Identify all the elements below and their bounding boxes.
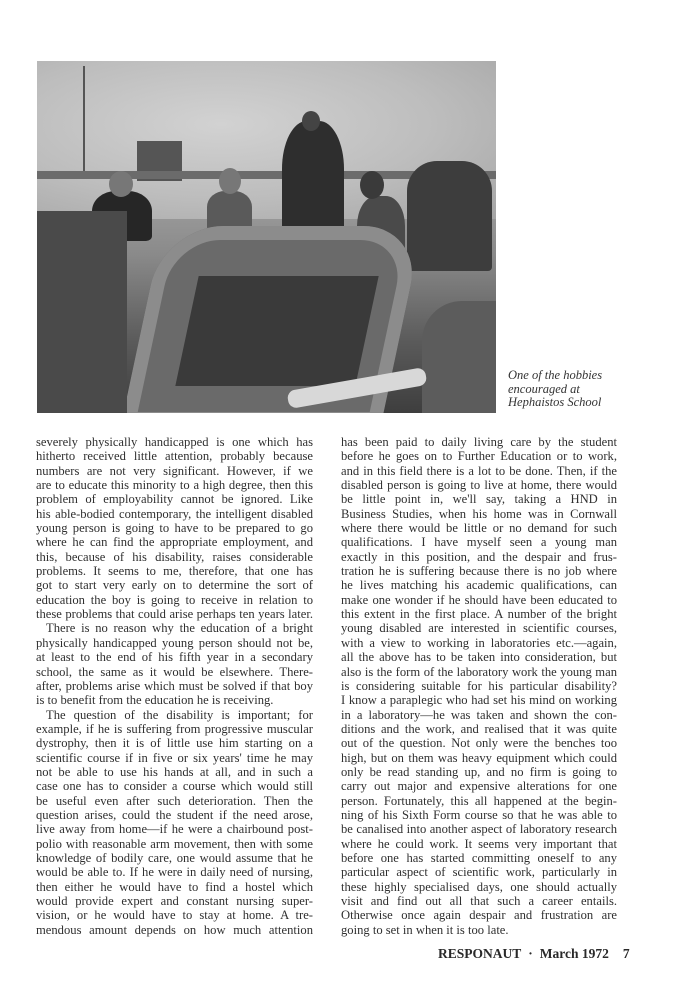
- text-line: where he can find the appropriate employ…: [36, 535, 313, 549]
- text-line: school, the same as it would be elsewher…: [36, 665, 313, 679]
- text-line: in a laboratory—he was taken and shown t…: [341, 708, 617, 722]
- text-line: polio with reasonable arm movement, then…: [36, 837, 313, 851]
- text-line: where there would be little or no demand…: [341, 521, 617, 535]
- text-line: his able-bodied contemporary, the intell…: [36, 507, 313, 521]
- photo-person-wheelchair-left: [37, 211, 127, 413]
- text-line: not be able to use his hands at all, and…: [36, 765, 313, 779]
- text-line: qualifications. I have myself seen a you…: [341, 535, 617, 549]
- text-line: at least to the end of his fifth year in…: [36, 650, 313, 664]
- photo-person-head: [219, 168, 241, 194]
- text-line: vision, or he would have to stay at home…: [36, 908, 313, 922]
- issue-date: March 1972: [540, 946, 609, 961]
- text-line: he lives matching his academic qualifica…: [341, 578, 617, 592]
- caption-line: One of the hobbies: [508, 369, 658, 383]
- text-line: numbers are not very significant. Howeve…: [36, 464, 313, 478]
- text-line: then either he would have to find a host…: [36, 880, 313, 894]
- text-line: got to start very early on to determine …: [36, 578, 313, 592]
- text-line: all the above has to be taken into consi…: [341, 650, 617, 664]
- text-line: make one wonder if he should have been e…: [341, 593, 617, 607]
- text-line: particular aspect of scientific work, pa…: [341, 865, 617, 879]
- text-line: this extent in the first place. A number…: [341, 607, 617, 621]
- text-line: young disabled are interested in scienti…: [341, 621, 617, 635]
- page-number: 7: [623, 946, 630, 961]
- text-line: problems. It seems to me, therefore, tha…: [36, 564, 313, 578]
- text-line: tration he is suffering because there is…: [341, 564, 617, 578]
- text-line: and in this field there is a lot to be d…: [341, 464, 617, 478]
- text-line: before he goes on to Further Education o…: [341, 449, 617, 463]
- text-line: carry out major and expensive alteration…: [341, 779, 617, 793]
- text-line: these highly specialised days, one shoul…: [341, 880, 617, 894]
- text-line: these problems that could arise perhaps …: [36, 607, 313, 621]
- text-line: severely physically handicapped is one w…: [36, 435, 313, 449]
- text-line: hitherto received little attention, prob…: [36, 449, 313, 463]
- text-line: question arises, could the student if th…: [36, 808, 313, 822]
- photo-person-standing: [282, 121, 344, 241]
- page-footer: RESPONAUT·March 19727: [438, 946, 630, 962]
- article-column-left: severely physically handicapped is one w…: [36, 435, 313, 937]
- paragraph-end-line: is to benefit from the education he is r…: [36, 693, 313, 707]
- text-line: dystrophy, then it is of little use him …: [36, 736, 313, 750]
- article-column-right: has been paid to daily living care by th…: [341, 435, 617, 937]
- text-line: visit and find out all that such a caree…: [341, 894, 617, 908]
- paragraph-start-line: The question of the disability is import…: [36, 708, 313, 722]
- text-line: out of the question. Not only were the b…: [341, 736, 617, 750]
- text-line: be little point in, we'll say, taking a …: [341, 492, 617, 506]
- text-line: high, but on them was heavy equipment wh…: [341, 751, 617, 765]
- caption-line: encouraged at: [508, 383, 658, 397]
- text-line: live away from home—if he were a chairbo…: [36, 822, 313, 836]
- photo-person-head: [302, 111, 320, 131]
- photo-caption: One of the hobbies encouraged at Hephais…: [508, 369, 658, 410]
- text-line: knowledge of bodily care, one would assu…: [36, 851, 313, 865]
- paragraph-start-line: There is no reason why the education of …: [36, 621, 313, 635]
- text-line: ning of his Sixth Form course so that he…: [341, 808, 617, 822]
- text-line: exactly in this position, and the despai…: [341, 550, 617, 564]
- text-line: be useful even after such deterioration.…: [36, 794, 313, 808]
- photo-boat-interior: [175, 276, 378, 386]
- photo-pole: [83, 66, 85, 171]
- caption-line: Hephaistos School: [508, 396, 658, 410]
- text-line: young person is going to have to be prep…: [36, 521, 313, 535]
- text-line: problem of employability cannot be ignor…: [36, 492, 313, 506]
- text-line: physically handicapped young person shou…: [36, 636, 313, 650]
- text-line: before one has started committing onesel…: [341, 851, 617, 865]
- photo-person-head: [360, 171, 384, 199]
- text-line: also is the form of the laboratory work …: [341, 665, 617, 679]
- text-line: example, if he is suffering from progres…: [36, 722, 313, 736]
- text-line: would be able to. If he were in daily ne…: [36, 865, 313, 879]
- photo-person-foreground: [422, 301, 496, 413]
- text-line: this, because of his disability, raises …: [36, 550, 313, 564]
- text-line: where he could work. It seems very impor…: [341, 837, 617, 851]
- text-line: ditions and the work, and realised that …: [341, 722, 617, 736]
- photo-person-center: [207, 191, 252, 231]
- text-line: has been paid to daily living care by th…: [341, 435, 617, 449]
- text-line: be canalised into another aspect of labo…: [341, 822, 617, 836]
- text-line: Business Studies, when his home was in C…: [341, 507, 617, 521]
- text-line: person. Fortunately, this all happened a…: [341, 794, 617, 808]
- footer-separator: ·: [528, 946, 533, 961]
- text-line: case one has to consider a course which …: [36, 779, 313, 793]
- paragraph-end-line: going to set in when it is too late.: [341, 923, 617, 937]
- text-line: are to educate this minority to a high d…: [36, 478, 313, 492]
- text-line: mendous amount depends on how much atten…: [36, 923, 313, 937]
- text-line: education the boy is going to receive in…: [36, 593, 313, 607]
- text-line: only be read standing up, and no firm is…: [341, 765, 617, 779]
- text-line: I know a paraplegic who had set his mind…: [341, 693, 617, 707]
- text-line: scientific course if in five or six year…: [36, 751, 313, 765]
- text-line: Otherwise once again despair and frustra…: [341, 908, 617, 922]
- text-line: would provide expert and constant nursin…: [36, 894, 313, 908]
- publication-name: RESPONAUT: [438, 946, 521, 961]
- text-line: disabled person is going to live at home…: [341, 478, 617, 492]
- text-line: with a view to working in laboratories e…: [341, 636, 617, 650]
- article-photo: [37, 61, 496, 413]
- text-line: is considering suitable for his particul…: [341, 679, 617, 693]
- photo-person-head: [109, 171, 133, 197]
- text-line: after, problems arise which must be solv…: [36, 679, 313, 693]
- photo-wheelchair: [407, 161, 492, 271]
